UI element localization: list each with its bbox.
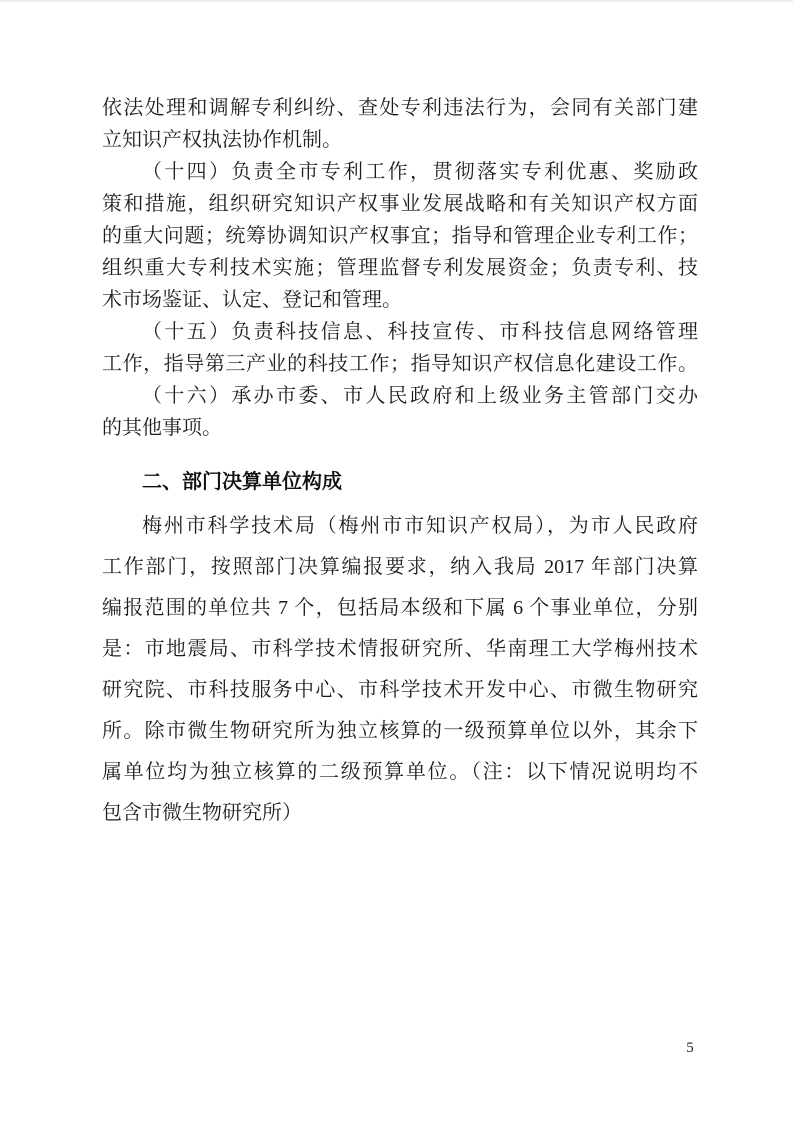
body-line: 工作，指导第三产业的科技工作；指导知识产权信息化建设工作。 [102,348,698,380]
body-line: 工作部门，按照部门决算编报要求，纳入我局 2017 年部门决算 [102,547,698,588]
body-line: 研究院、市科技服务中心、市科学技术开发中心、市微生物研究 [102,670,698,711]
body-line: 策和措施，组织研究知识产权事业发展战略和有关知识产权方面 [102,188,698,220]
text-block: 依法处理和调解专利纠纷、查处专利违法行为，会同有关部门建 立知识产权执法协作机制… [102,2,698,834]
body-line: 术市场鉴证、认定、登记和管理。 [102,284,698,316]
body-line: 编报范围的单位共 7 个，包括局本级和下属 6 个事业单位，分别 [102,588,698,629]
body-line: 的其他事项。 [102,412,698,444]
document-page: 依法处理和调解专利纠纷、查处专利违法行为，会同有关部门建 立知识产权执法协作机制… [0,0,793,1122]
page-number: 5 [680,1038,700,1058]
body-line: （十四）负责全市专利工作，贯彻落实专利优惠、奖励政 [102,156,698,188]
body-line: 包含市微生物研究所） [102,793,698,834]
body-line: 是：市地震局、市科学技术情报研究所、华南理工大学梅州技术 [102,629,698,670]
body-line: 组织重大专利技术实施；管理监督专利发展资金；负责专利、技 [102,252,698,284]
body-line: 所。除市微生物研究所为独立核算的一级预算单位以外，其余下 [102,711,698,752]
body-line: 属单位均为独立核算的二级预算单位。（注：以下情况说明均不 [102,752,698,793]
section-duties: 依法处理和调解专利纠纷、查处专利违法行为，会同有关部门建 立知识产权执法协作机制… [102,92,698,444]
section-unit-composition: 梅州市科学技术局（梅州市市知识产权局），为市人民政府 工作部门，按照部门决算编报… [102,506,698,834]
body-line: 的重大问题；统筹协调知识产权事宜；指导和管理企业专利工作； [102,220,698,252]
body-line: 梅州市科学技术局（梅州市市知识产权局），为市人民政府 [102,506,698,547]
body-line: （十六）承办市委、市人民政府和上级业务主管部门交办 [102,380,698,412]
body-line: 立知识产权执法协作机制。 [102,124,698,156]
body-line: （十五）负责科技信息、科技宣传、市科技信息网络管理 [102,316,698,348]
section-heading: 二、部门决算单位构成 [102,466,698,498]
body-line: 依法处理和调解专利纠纷、查处专利违法行为，会同有关部门建 [102,92,698,124]
